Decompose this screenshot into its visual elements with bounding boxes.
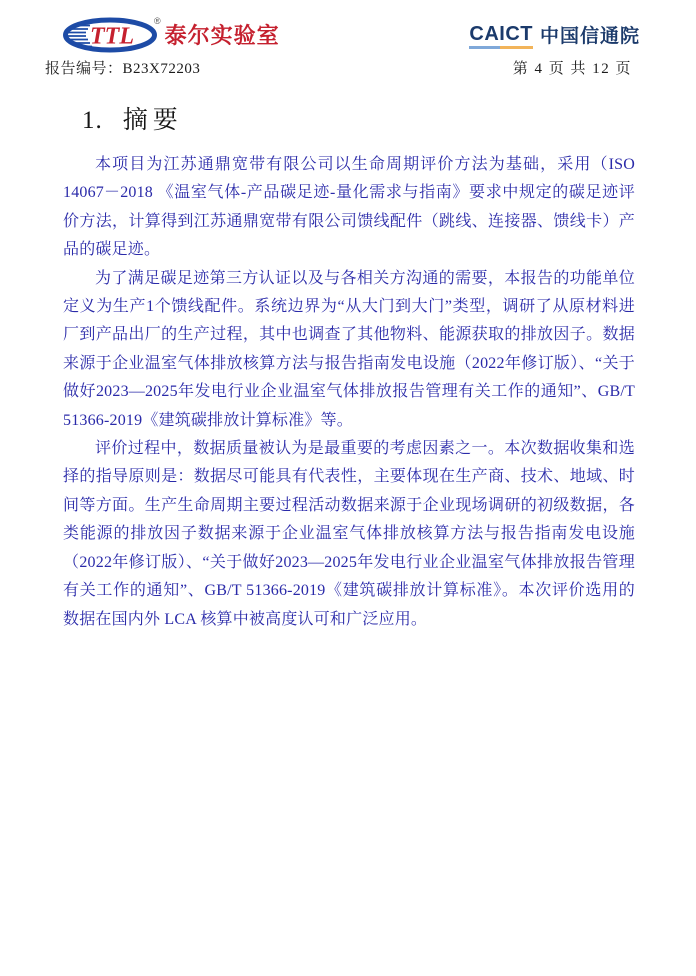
report-number: 报告编号：B23X72203 — [45, 57, 200, 78]
page-indicator: 第 4 页 共 12 页 — [513, 57, 632, 78]
ttl-logo: TTL ® 泰尔实验室 — [62, 15, 280, 55]
caict-latin-text: CAICT — [469, 23, 533, 45]
caict-chinese-text: 中国信通院 — [540, 27, 640, 46]
registered-trademark-icon: ® — [154, 16, 161, 26]
ttl-logo-chinese-text: 泰尔实验室 — [165, 25, 280, 47]
ttl-ellipse-icon: TTL — [62, 17, 158, 53]
section-number: 1. — [82, 107, 103, 134]
svg-text:TTL: TTL — [90, 24, 134, 50]
section-heading: 1.摘要 — [82, 106, 635, 136]
caict-wordmark: CAICT — [469, 24, 533, 49]
document-body: 1.摘要 本项目为江苏通鼎宽带有限公司以生命周期评价方法为基础，采用（ISO 1… — [63, 100, 635, 634]
summary-paragraph-3: 评价过程中，数据质量被认为是最重要的考虑因素之一。本次数据收集和选择的指导原则是… — [63, 435, 635, 634]
section-title: 摘要 — [123, 107, 183, 134]
caict-underline-icon — [469, 46, 533, 49]
caict-logo: CAICT 中国信通院 — [469, 24, 640, 49]
report-page: TTL ® 泰尔实验室 CAICT 中国信通院 报告编号：B23X72203 第… — [0, 0, 696, 976]
summary-paragraph-2: 为了满足碳足迹第三方认证以及与各相关方沟通的需要，本报告的功能单位定义为生产1个… — [63, 265, 635, 435]
summary-paragraph-1: 本项目为江苏通鼎宽带有限公司以生命周期评价方法为基础，采用（ISO 14067－… — [63, 151, 635, 265]
